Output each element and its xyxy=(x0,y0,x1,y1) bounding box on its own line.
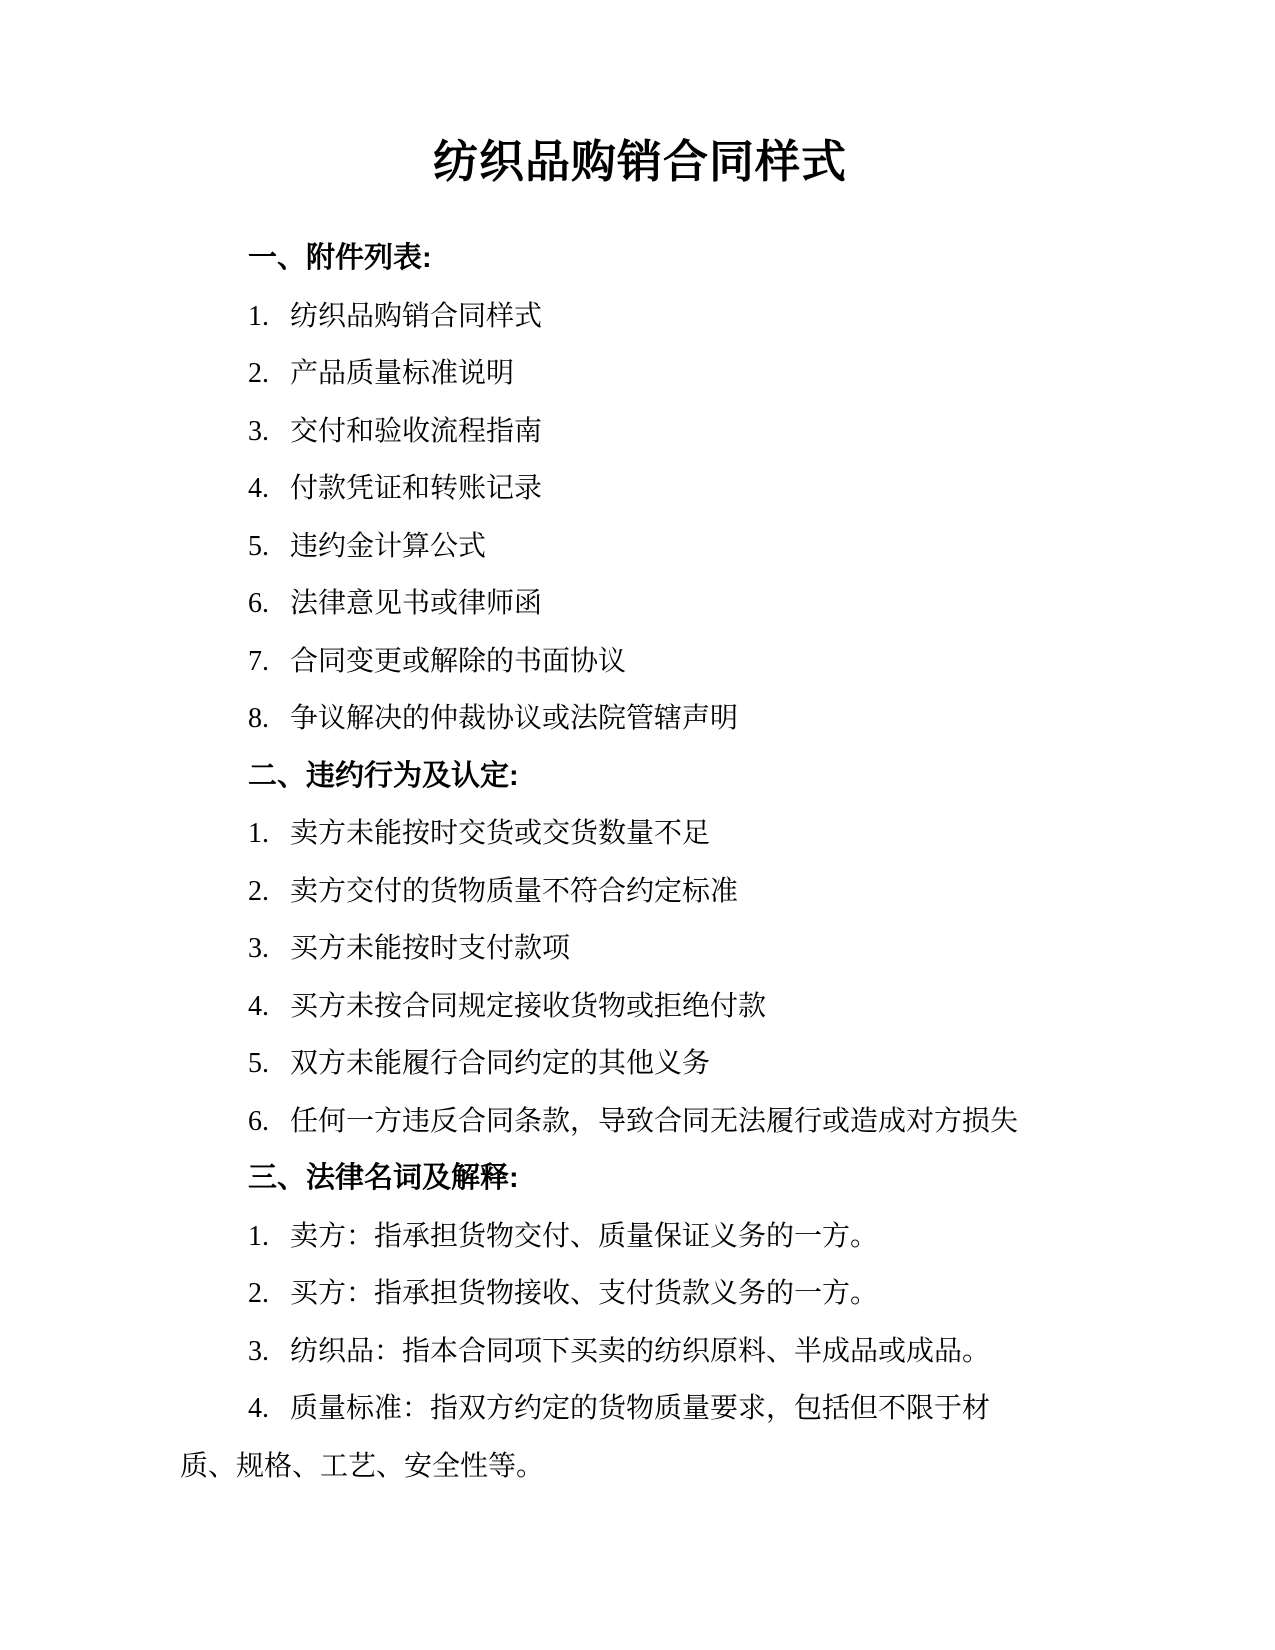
list-item: 8.争议解决的仲裁协议或法院管辖声明 xyxy=(180,690,1040,748)
item-text: 卖方未能按时交货或交货数量不足 xyxy=(290,818,710,849)
item-text: 质量标准：指双方约定的货物质量要求，包括但不限于材质、规格、工艺、安全性等。 xyxy=(180,1393,990,1482)
item-text: 付款凭证和转账记录 xyxy=(290,473,542,504)
item-text: 买方未按合同规定接收货物或拒绝付款 xyxy=(290,991,766,1022)
item-number: 3. xyxy=(248,920,290,978)
list-item: 4.付款凭证和转账记录 xyxy=(180,460,1040,518)
item-text: 争议解决的仲裁协议或法院管辖声明 xyxy=(290,703,738,734)
item-text: 双方未能履行合同约定的其他义务 xyxy=(290,1048,710,1079)
item-text: 纺织品购销合同样式 xyxy=(290,301,542,332)
document-page: 纺织品购销合同样式 一、附件列表: 1.纺织品购销合同样式 2.产品质量标准说明… xyxy=(0,0,1275,1650)
item-number: 6. xyxy=(248,575,290,633)
list-item: 5.双方未能履行合同约定的其他义务 xyxy=(180,1035,1040,1093)
item-text: 买方：指承担货物接收、支付货款义务的一方。 xyxy=(290,1278,878,1309)
item-number: 1. xyxy=(248,288,290,346)
list-item: 1.卖方未能按时交货或交货数量不足 xyxy=(180,805,1040,863)
item-number: 8. xyxy=(248,690,290,748)
section-heading-3: 三、法律名词及解释: xyxy=(248,1150,1100,1208)
item-number: 4. xyxy=(248,978,290,1036)
item-text: 卖方交付的货物质量不符合约定标准 xyxy=(290,876,738,907)
list-item: 4.买方未按合同规定接收货物或拒绝付款 xyxy=(180,978,1040,1036)
item-number: 3. xyxy=(248,1323,290,1381)
list-item: 1.卖方：指承担货物交付、质量保证义务的一方。 xyxy=(180,1208,1040,1266)
item-text: 违约金计算公式 xyxy=(290,531,486,562)
list-item: 7.合同变更或解除的书面协议 xyxy=(180,633,1040,691)
document-title: 纺织品购销合同样式 xyxy=(180,133,1100,191)
item-text: 法律意见书或律师函 xyxy=(290,588,542,619)
item-number: 1. xyxy=(248,805,290,863)
list-item: 6.任何一方违反合同条款，导致合同无法履行或造成对方损失 xyxy=(180,1093,1040,1151)
item-text: 任何一方违反合同条款，导致合同无法履行或造成对方损失 xyxy=(290,1106,1018,1137)
item-text: 交付和验收流程指南 xyxy=(290,416,542,447)
item-text: 纺织品：指本合同项下买卖的纺织原料、半成品或成品。 xyxy=(290,1336,990,1367)
list-item: 2.产品质量标准说明 xyxy=(180,345,1040,403)
item-number: 2. xyxy=(248,1265,290,1323)
section-heading-2: 二、违约行为及认定: xyxy=(248,748,1100,806)
list-item: 4.质量标准：指双方约定的货物质量要求，包括但不限于材质、规格、工艺、安全性等。 xyxy=(180,1380,1040,1495)
item-number: 1. xyxy=(248,1208,290,1266)
item-number: 2. xyxy=(248,345,290,403)
list-item: 1.纺织品购销合同样式 xyxy=(180,288,1040,346)
item-number: 7. xyxy=(248,633,290,691)
list-item: 5.违约金计算公式 xyxy=(180,518,1040,576)
item-number: 2. xyxy=(248,863,290,921)
item-text: 合同变更或解除的书面协议 xyxy=(290,646,626,677)
section-heading-1: 一、附件列表: xyxy=(248,230,1100,288)
list-item: 2.买方：指承担货物接收、支付货款义务的一方。 xyxy=(180,1265,1040,1323)
list-item: 3.买方未能按时支付款项 xyxy=(180,920,1040,978)
item-number: 6. xyxy=(248,1093,290,1151)
item-text: 买方未能按时支付款项 xyxy=(290,933,570,964)
item-text: 产品质量标准说明 xyxy=(290,358,514,389)
item-number: 5. xyxy=(248,518,290,576)
item-number: 3. xyxy=(248,403,290,461)
list-item: 3.交付和验收流程指南 xyxy=(180,403,1040,461)
item-number: 4. xyxy=(248,460,290,518)
list-item: 6.法律意见书或律师函 xyxy=(180,575,1040,633)
item-text: 卖方：指承担货物交付、质量保证义务的一方。 xyxy=(290,1221,878,1252)
item-number: 4. xyxy=(248,1380,290,1438)
list-item: 3.纺织品：指本合同项下买卖的纺织原料、半成品或成品。 xyxy=(180,1323,1040,1381)
item-number: 5. xyxy=(248,1035,290,1093)
list-item: 2.卖方交付的货物质量不符合约定标准 xyxy=(180,863,1040,921)
